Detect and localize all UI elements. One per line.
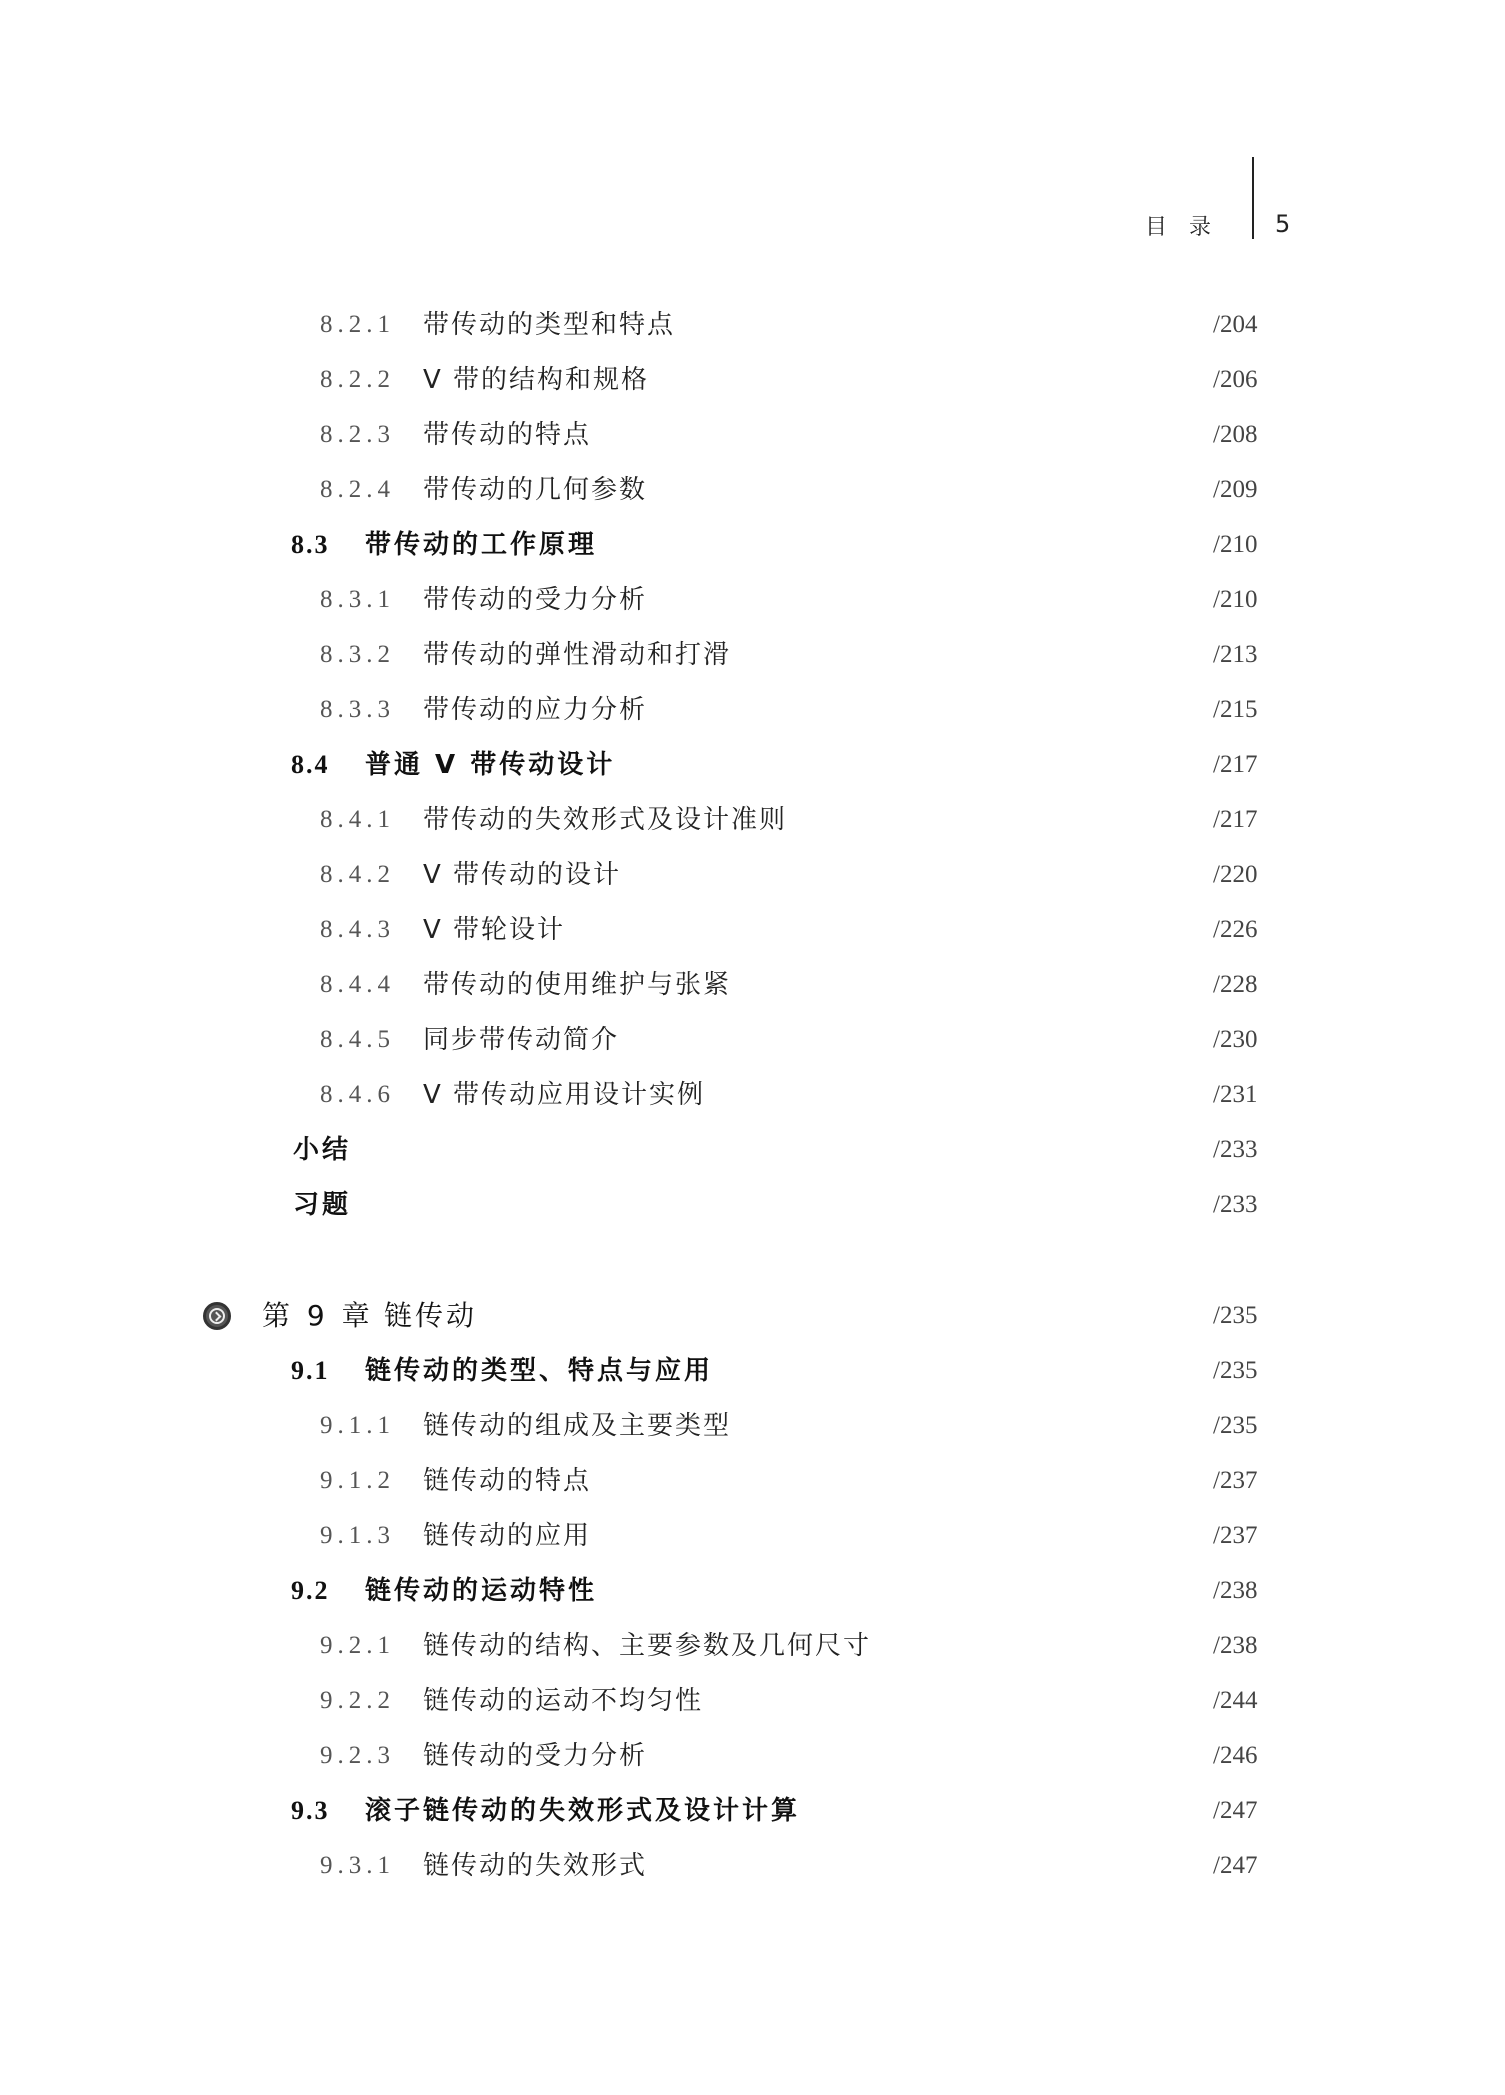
toc-entry-title: 链传动的受力分析 [423, 1736, 647, 1776]
toc-entry-number: 8.4.3 [320, 910, 395, 950]
toc-entry[interactable]: 8.4.2 V 带传动的设计 /220 [0, 855, 1505, 895]
toc-section[interactable]: 8.4 普通 V 带传动设计 /217 [0, 745, 1505, 785]
toc-entry-title: V 带轮设计 [423, 910, 565, 950]
toc-entry-title: 带传动的失效形式及设计准则 [423, 800, 787, 840]
toc-entry-number: 9.2.2 [320, 1681, 395, 1721]
toc-section-number: 8.3 [291, 525, 330, 565]
toc-entry-number: 8.2.4 [320, 470, 395, 510]
toc-entry[interactable]: 8.4.4 带传动的使用维护与张紧 /228 [0, 965, 1505, 1005]
toc-entry[interactable]: 8.3.2 带传动的弹性滑动和打滑 /213 [0, 635, 1505, 675]
toc-entry-page: /235 [1213, 1351, 1257, 1391]
toc-section-number: 8.4 [291, 745, 330, 785]
toc-entry-number: 9.1.3 [320, 1516, 395, 1556]
toc-entry-title: 链传动的失效形式 [423, 1846, 647, 1886]
toc-entry[interactable]: 8.2.1 带传动的类型和特点 /204 [0, 305, 1505, 345]
toc-entry-number: 8.3.3 [320, 690, 395, 730]
toc-exercises-title: 习题 [293, 1185, 351, 1225]
toc-entry-number: 8.3.1 [320, 580, 395, 620]
toc-summary[interactable]: 小结 /233 [0, 1130, 1505, 1170]
chapter-bullet-icon [203, 1302, 231, 1330]
toc-section[interactable]: 9.3 滚子链传动的失效形式及设计计算 /247 [0, 1791, 1505, 1831]
toc-entry-page: /247 [1213, 1791, 1257, 1831]
toc-entry[interactable]: 9.3.1 链传动的失效形式 /247 [0, 1846, 1505, 1886]
toc-entry-title: 带传动的类型和特点 [423, 305, 675, 345]
toc-entry-number: 9.3.1 [320, 1846, 395, 1886]
toc-entry-number: 8.4.6 [320, 1075, 395, 1115]
toc-section-title: 普通 V 带传动设计 [365, 745, 615, 785]
toc-entry[interactable]: 8.2.3 带传动的特点 /208 [0, 415, 1505, 455]
toc-entry-title: 链传动的结构、主要参数及几何尺寸 [423, 1626, 871, 1666]
toc-entry[interactable]: 8.4.3 V 带轮设计 /226 [0, 910, 1505, 950]
toc-entry[interactable]: 9.1.2 链传动的特点 /237 [0, 1461, 1505, 1501]
toc-entry-number: 9.2.3 [320, 1736, 395, 1776]
toc-entry-page: /238 [1213, 1626, 1257, 1666]
toc-entry-page: /233 [1213, 1185, 1257, 1225]
toc-entry-number: 8.4.2 [320, 855, 395, 895]
toc-section-title: 链传动的运动特性 [365, 1571, 597, 1611]
toc-section-number: 9.2 [291, 1571, 330, 1611]
toc-entry-title: V 带的结构和规格 [423, 360, 649, 400]
toc-section-title: 滚子链传动的失效形式及设计计算 [365, 1791, 800, 1831]
toc-entry[interactable]: 8.4.5 同步带传动简介 /230 [0, 1020, 1505, 1060]
toc-entry-number: 8.4.1 [320, 800, 395, 840]
toc-entry-title: 链传动的组成及主要类型 [423, 1406, 731, 1446]
toc-entry[interactable]: 8.3.1 带传动的受力分析 /210 [0, 580, 1505, 620]
toc-entry-page: /230 [1213, 1020, 1257, 1060]
running-head: 目录 5 [1100, 150, 1340, 250]
toc-entry-number: 8.4.4 [320, 965, 395, 1005]
page-number: 5 [1275, 210, 1290, 238]
toc-entry-number: 8.4.5 [320, 1020, 395, 1060]
toc-entry-page: /247 [1213, 1846, 1257, 1886]
toc-entry-title: 链传动的运动不均匀性 [423, 1681, 703, 1721]
toc-entry-page: /237 [1213, 1516, 1257, 1556]
toc-entry-page: /238 [1213, 1571, 1257, 1611]
toc-entry-title: 带传动的使用维护与张紧 [423, 965, 731, 1005]
toc-entry-page: /206 [1213, 360, 1257, 400]
toc-section-title: 带传动的工作原理 [365, 525, 597, 565]
toc-entry-page: /208 [1213, 415, 1257, 455]
toc-chapter[interactable]: 第 9 章 链传动 /235 [0, 1296, 1505, 1336]
toc-entry-number: 9.1.2 [320, 1461, 395, 1501]
toc-section[interactable]: 9.1 链传动的类型、特点与应用 /235 [0, 1351, 1505, 1391]
toc-entry[interactable]: 9.2.1 链传动的结构、主要参数及几何尺寸 /238 [0, 1626, 1505, 1666]
toc-entry-page: /226 [1213, 910, 1257, 950]
toc-entry-title: V 带传动的设计 [423, 855, 621, 895]
toc-summary-title: 小结 [293, 1130, 351, 1170]
toc-entry-page: /244 [1213, 1681, 1257, 1721]
toc-entry-page: /215 [1213, 690, 1257, 730]
toc-entry-page: /217 [1213, 745, 1257, 785]
toc-entry-number: 8.2.1 [320, 305, 395, 345]
toc-exercises[interactable]: 习题 /233 [0, 1185, 1505, 1225]
toc-section-title: 链传动的类型、特点与应用 [365, 1351, 713, 1391]
toc-entry-page: /220 [1213, 855, 1257, 895]
toc-entry[interactable]: 8.3.3 带传动的应力分析 /215 [0, 690, 1505, 730]
toc-entry-number: 8.2.2 [320, 360, 395, 400]
toc-entry-number: 9.1.1 [320, 1406, 395, 1446]
toc-entry[interactable]: 8.4.1 带传动的失效形式及设计准则 /217 [0, 800, 1505, 840]
toc-entry-title: 带传动的应力分析 [423, 690, 647, 730]
toc-entry-page: /235 [1213, 1296, 1257, 1336]
toc-entry-title: 带传动的弹性滑动和打滑 [423, 635, 731, 675]
toc-entry[interactable]: 9.2.2 链传动的运动不均匀性 /244 [0, 1681, 1505, 1721]
toc-entry-number: 9.2.1 [320, 1626, 395, 1666]
toc-entry-page: /231 [1213, 1075, 1257, 1115]
toc-entry[interactable]: 8.2.4 带传动的几何参数 /209 [0, 470, 1505, 510]
toc-section-number: 9.1 [291, 1351, 330, 1391]
toc-section[interactable]: 8.3 带传动的工作原理 /210 [0, 525, 1505, 565]
toc-entry[interactable]: 8.2.2 V 带的结构和规格 /206 [0, 360, 1505, 400]
toc-entry-title: 同步带传动简介 [423, 1020, 619, 1060]
toc-entry-page: /210 [1213, 580, 1257, 620]
toc-entry[interactable]: 8.4.6 V 带传动应用设计实例 /231 [0, 1075, 1505, 1115]
toc-section[interactable]: 9.2 链传动的运动特性 /238 [0, 1571, 1505, 1611]
toc-entry[interactable]: 9.1.3 链传动的应用 /237 [0, 1516, 1505, 1556]
toc-entry-page: /213 [1213, 635, 1257, 675]
running-head-divider [1252, 157, 1254, 239]
toc-entry-page: /235 [1213, 1406, 1257, 1446]
toc-entry-page: /204 [1213, 305, 1257, 345]
toc-entry-title: 链传动的应用 [423, 1516, 591, 1556]
toc-entry-title: V 带传动应用设计实例 [423, 1075, 705, 1115]
toc-chapter-number: 第 9 章 [262, 1296, 374, 1336]
toc-entry-page: /233 [1213, 1130, 1257, 1170]
toc-entry-page: /217 [1213, 800, 1257, 840]
toc-entry-title: 带传动的特点 [423, 415, 591, 455]
toc-entry-page: /210 [1213, 525, 1257, 565]
toc-entry-number: 8.2.3 [320, 415, 395, 455]
toc-entry[interactable]: 9.2.3 链传动的受力分析 /246 [0, 1736, 1505, 1776]
toc-entry-page: /237 [1213, 1461, 1257, 1501]
toc-entry-page: /246 [1213, 1736, 1257, 1776]
toc-entry-title: 链传动的特点 [423, 1461, 591, 1501]
toc-entry-page: /209 [1213, 470, 1257, 510]
toc-entry-number: 8.3.2 [320, 635, 395, 675]
toc-entry-title: 带传动的受力分析 [423, 580, 647, 620]
toc-entry-title: 带传动的几何参数 [423, 470, 647, 510]
toc-entry[interactable]: 9.1.1 链传动的组成及主要类型 /235 [0, 1406, 1505, 1446]
toc-chapter-title: 链传动 [384, 1296, 477, 1336]
running-head-title: 目录 [1145, 210, 1233, 241]
toc-entry-page: /228 [1213, 965, 1257, 1005]
toc-section-number: 9.3 [291, 1791, 330, 1831]
